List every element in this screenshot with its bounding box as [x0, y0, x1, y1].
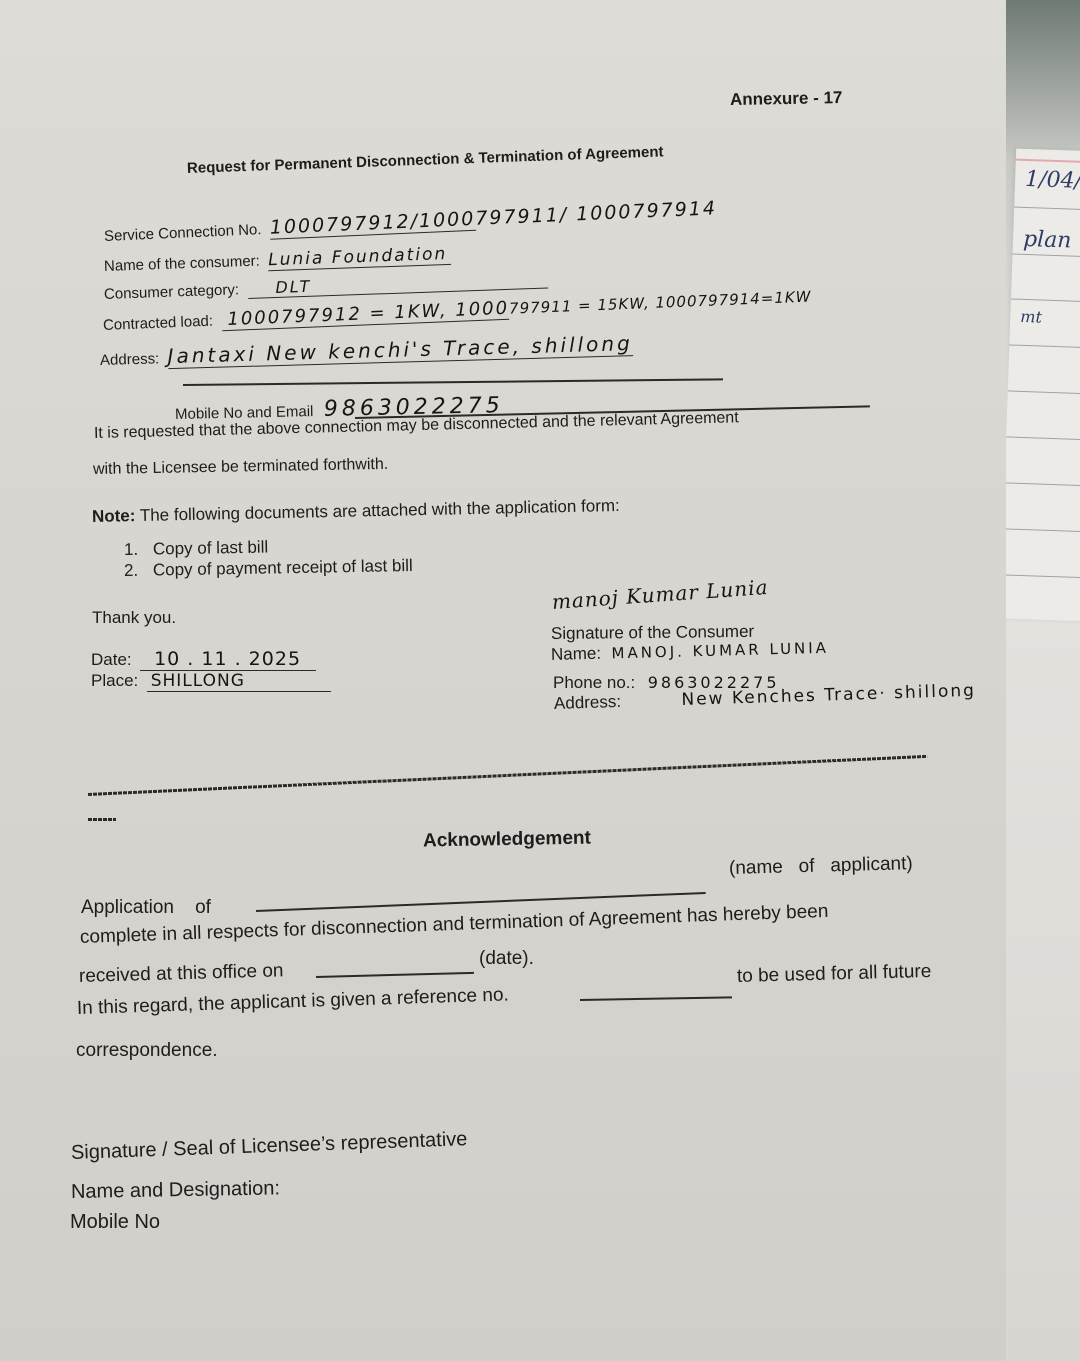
- correspondence-text: correspondence.: [76, 1040, 218, 1062]
- notebook-margin-line: [1016, 159, 1080, 164]
- acknowledgement-title: Acknowledgement: [423, 828, 591, 853]
- section-divider: [88, 755, 927, 796]
- consumer-category-label: Consumer category:: [104, 281, 240, 303]
- note-item: 2. Copy of payment receipt of last bill: [124, 556, 413, 581]
- date-value[interactable]: 10 . 11 . 2025: [140, 648, 316, 671]
- notebook-rule: [1009, 344, 1080, 348]
- consumer-name-row: Name of the consumer: Lunia Foundation: [104, 244, 452, 277]
- reference-label: In this regard, the applicant is given a…: [77, 984, 509, 1020]
- note-item: 1. Copy of last bill: [124, 537, 269, 560]
- received-date-field[interactable]: [316, 972, 474, 978]
- signature-phone-label: Phone no.:: [553, 673, 635, 692]
- service-connection-row: Service Connection No. 1000797912/100079…: [103, 197, 717, 247]
- notebook-rule: [1008, 390, 1080, 394]
- thank-you-text: Thank you.: [92, 608, 176, 628]
- place-label: Place:: [91, 671, 138, 690]
- notebook-rule: [1003, 528, 1080, 532]
- licensee-signature-seal: Signature / Seal of Licensee’s represent…: [71, 1128, 468, 1165]
- notebook-handwriting-scribble: mt: [1020, 307, 1042, 327]
- service-connection-value-overflow: 797911/ 1000797914: [475, 197, 718, 230]
- consumer-name-value[interactable]: Lunia Foundation: [268, 244, 452, 271]
- future-use-text: to be used for all future: [737, 961, 932, 988]
- note-item-text: Copy of payment receipt of last bill: [153, 556, 413, 580]
- licensee-mobile: Mobile No: [70, 1211, 160, 1234]
- address-row: Address: Jantaxi New kenchi's Trace, shi…: [100, 331, 633, 371]
- notebook-rule: [1005, 482, 1080, 486]
- date-label: Date:: [91, 650, 132, 669]
- annexure-label: Annexure - 17: [730, 88, 843, 110]
- section-divider-fragment: [88, 818, 116, 821]
- contracted-load-value[interactable]: 1000797912 = 1KW, 1000: [221, 298, 510, 332]
- date-hint: (date).: [479, 948, 534, 970]
- note-item-number: 1.: [124, 540, 139, 559]
- service-connection-value[interactable]: 1000797912/1000: [269, 208, 475, 240]
- date-row: Date: 10 . 11 . 2025: [91, 648, 316, 671]
- note-text: The following documents are attached wit…: [135, 496, 620, 525]
- notebook-rule: [1006, 436, 1080, 440]
- note-item-text: Copy of last bill: [153, 537, 269, 558]
- signature-address-label: Address:: [554, 692, 622, 713]
- notebook-handwriting-date: 1/04/a: [1025, 167, 1080, 194]
- reference-no-field[interactable]: [580, 996, 732, 1000]
- address-continuation-line[interactable]: [183, 378, 723, 385]
- place-row: Place: SHILLONG: [91, 671, 331, 692]
- application-of-label: Application of: [81, 897, 211, 919]
- note-item-number: 2.: [124, 561, 139, 580]
- contracted-load-label: Contracted load:: [103, 313, 214, 334]
- received-label: received at this office on: [79, 960, 284, 988]
- request-text-line2: with the Licensee be terminated forthwit…: [93, 456, 389, 479]
- name-of-applicant-hint: (name of applicant): [729, 853, 913, 880]
- address-value[interactable]: Jantaxi New kenchi's Trace, shillong: [167, 331, 633, 369]
- consumer-signature[interactable]: manoj Kumar Lunia: [551, 575, 769, 614]
- notebook-rule: [1013, 254, 1080, 258]
- consumer-category-value[interactable]: DLT: [247, 269, 548, 299]
- consumer-name-label: Name of the consumer:: [104, 253, 260, 275]
- place-value[interactable]: SHILLONG: [147, 671, 331, 692]
- note-heading: Note: The following documents are attach…: [92, 496, 620, 527]
- licensee-name-designation: Name and Designation:: [71, 1177, 280, 1204]
- form-paper: Annexure - 17 Request for Permanent Disc…: [0, 0, 1006, 1361]
- notebook-handwriting-word: plan: [1023, 227, 1072, 254]
- notebook-rule: [1014, 207, 1080, 211]
- service-connection-label: Service Connection No.: [104, 221, 262, 245]
- signature-name-label: Name:: [551, 644, 602, 664]
- notebook-rule: [1001, 574, 1080, 578]
- form-title: Request for Permanent Disconnection & Te…: [187, 143, 664, 177]
- address-label: Address:: [100, 350, 160, 369]
- note-label: Note:: [92, 506, 136, 526]
- notebook-rule: [1011, 298, 1080, 302]
- contracted-load-value-overflow: 797911 = 15KW, 1000797914=1KW: [509, 288, 812, 318]
- signature-name-value[interactable]: MANOJ. KUMAR LUNIA: [611, 639, 829, 663]
